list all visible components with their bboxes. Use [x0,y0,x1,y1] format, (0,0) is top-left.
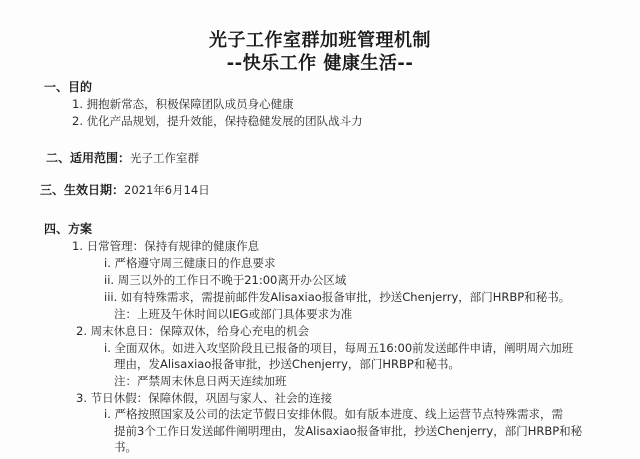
plan-item-weekend: 2. 周末休息日：保障双休，给身心充电的机会 [76,324,309,338]
section-heading-effective-date: 三、生效日期： [40,183,124,197]
scope-row: 二、适用范围：光子工作室群 [46,151,199,165]
plan-note: 注：严禁周末休息日两天连续加班 [114,374,287,388]
plan-note: 注：上班及午休时间以IEG或部门具体要求为准 [114,307,352,321]
plan-subitem: ii. 周三以外的工作日不晚于21:00离开办公区域 [104,273,346,287]
purpose-item: 2. 优化产品规划，提升效能，保持稳健发展的团队战斗力 [72,114,363,128]
plan-subitem-continued: 提前3个工作日发送邮件阐明理由，发Alisaxiao报备审批，抄送Chenjer… [114,424,582,438]
section-heading-purpose: 一、目的 [44,80,92,94]
plan-subitem: i. 严格按照国家及公司的法定节假日安排休假。如有版本进度、线上运营节点特殊需求… [104,407,563,421]
document-page: 光子工作室群加班管理机制 --快乐工作 健康生活-- 一、目的 1. 拥抱新常态… [0,0,640,459]
plan-subitem: i. 全面双休。如进入攻坚阶段且已报备的项目，每周五16:00前发送邮件申请，阐… [104,341,573,355]
plan-item-holiday: 3. 节日休假：保障休假，巩固与家人、社会的连接 [76,391,332,405]
section-heading-scope: 二、适用范围： [46,151,130,165]
document-subtitle: --快乐工作 健康生活-- [0,49,640,75]
scope-value: 光子工作室群 [130,151,199,165]
section-heading-plan: 四、方案 [44,222,92,236]
plan-item-daily: 1. 日常管理：保持有规律的健康作息 [72,239,259,253]
effective-date-row: 三、生效日期：2021年6月14日 [40,183,210,197]
plan-subitem-continued: 理由，发Alisaxiao报备审批，抄送Chenjerry，部门HRBP和秘书。 [114,357,460,371]
purpose-item: 1. 拥抱新常态，积极保障团队成员身心健康 [72,97,294,111]
plan-subitem: iii. 如有特殊需求，需提前邮件发Alisaxiao报备审批，抄送Chenje… [104,290,570,304]
plan-subitem-continued: 书。 [114,440,137,454]
effective-date-value: 2021年6月14日 [124,183,210,197]
plan-subitem: i. 严格遵守周三健康日的作息要求 [104,256,276,270]
